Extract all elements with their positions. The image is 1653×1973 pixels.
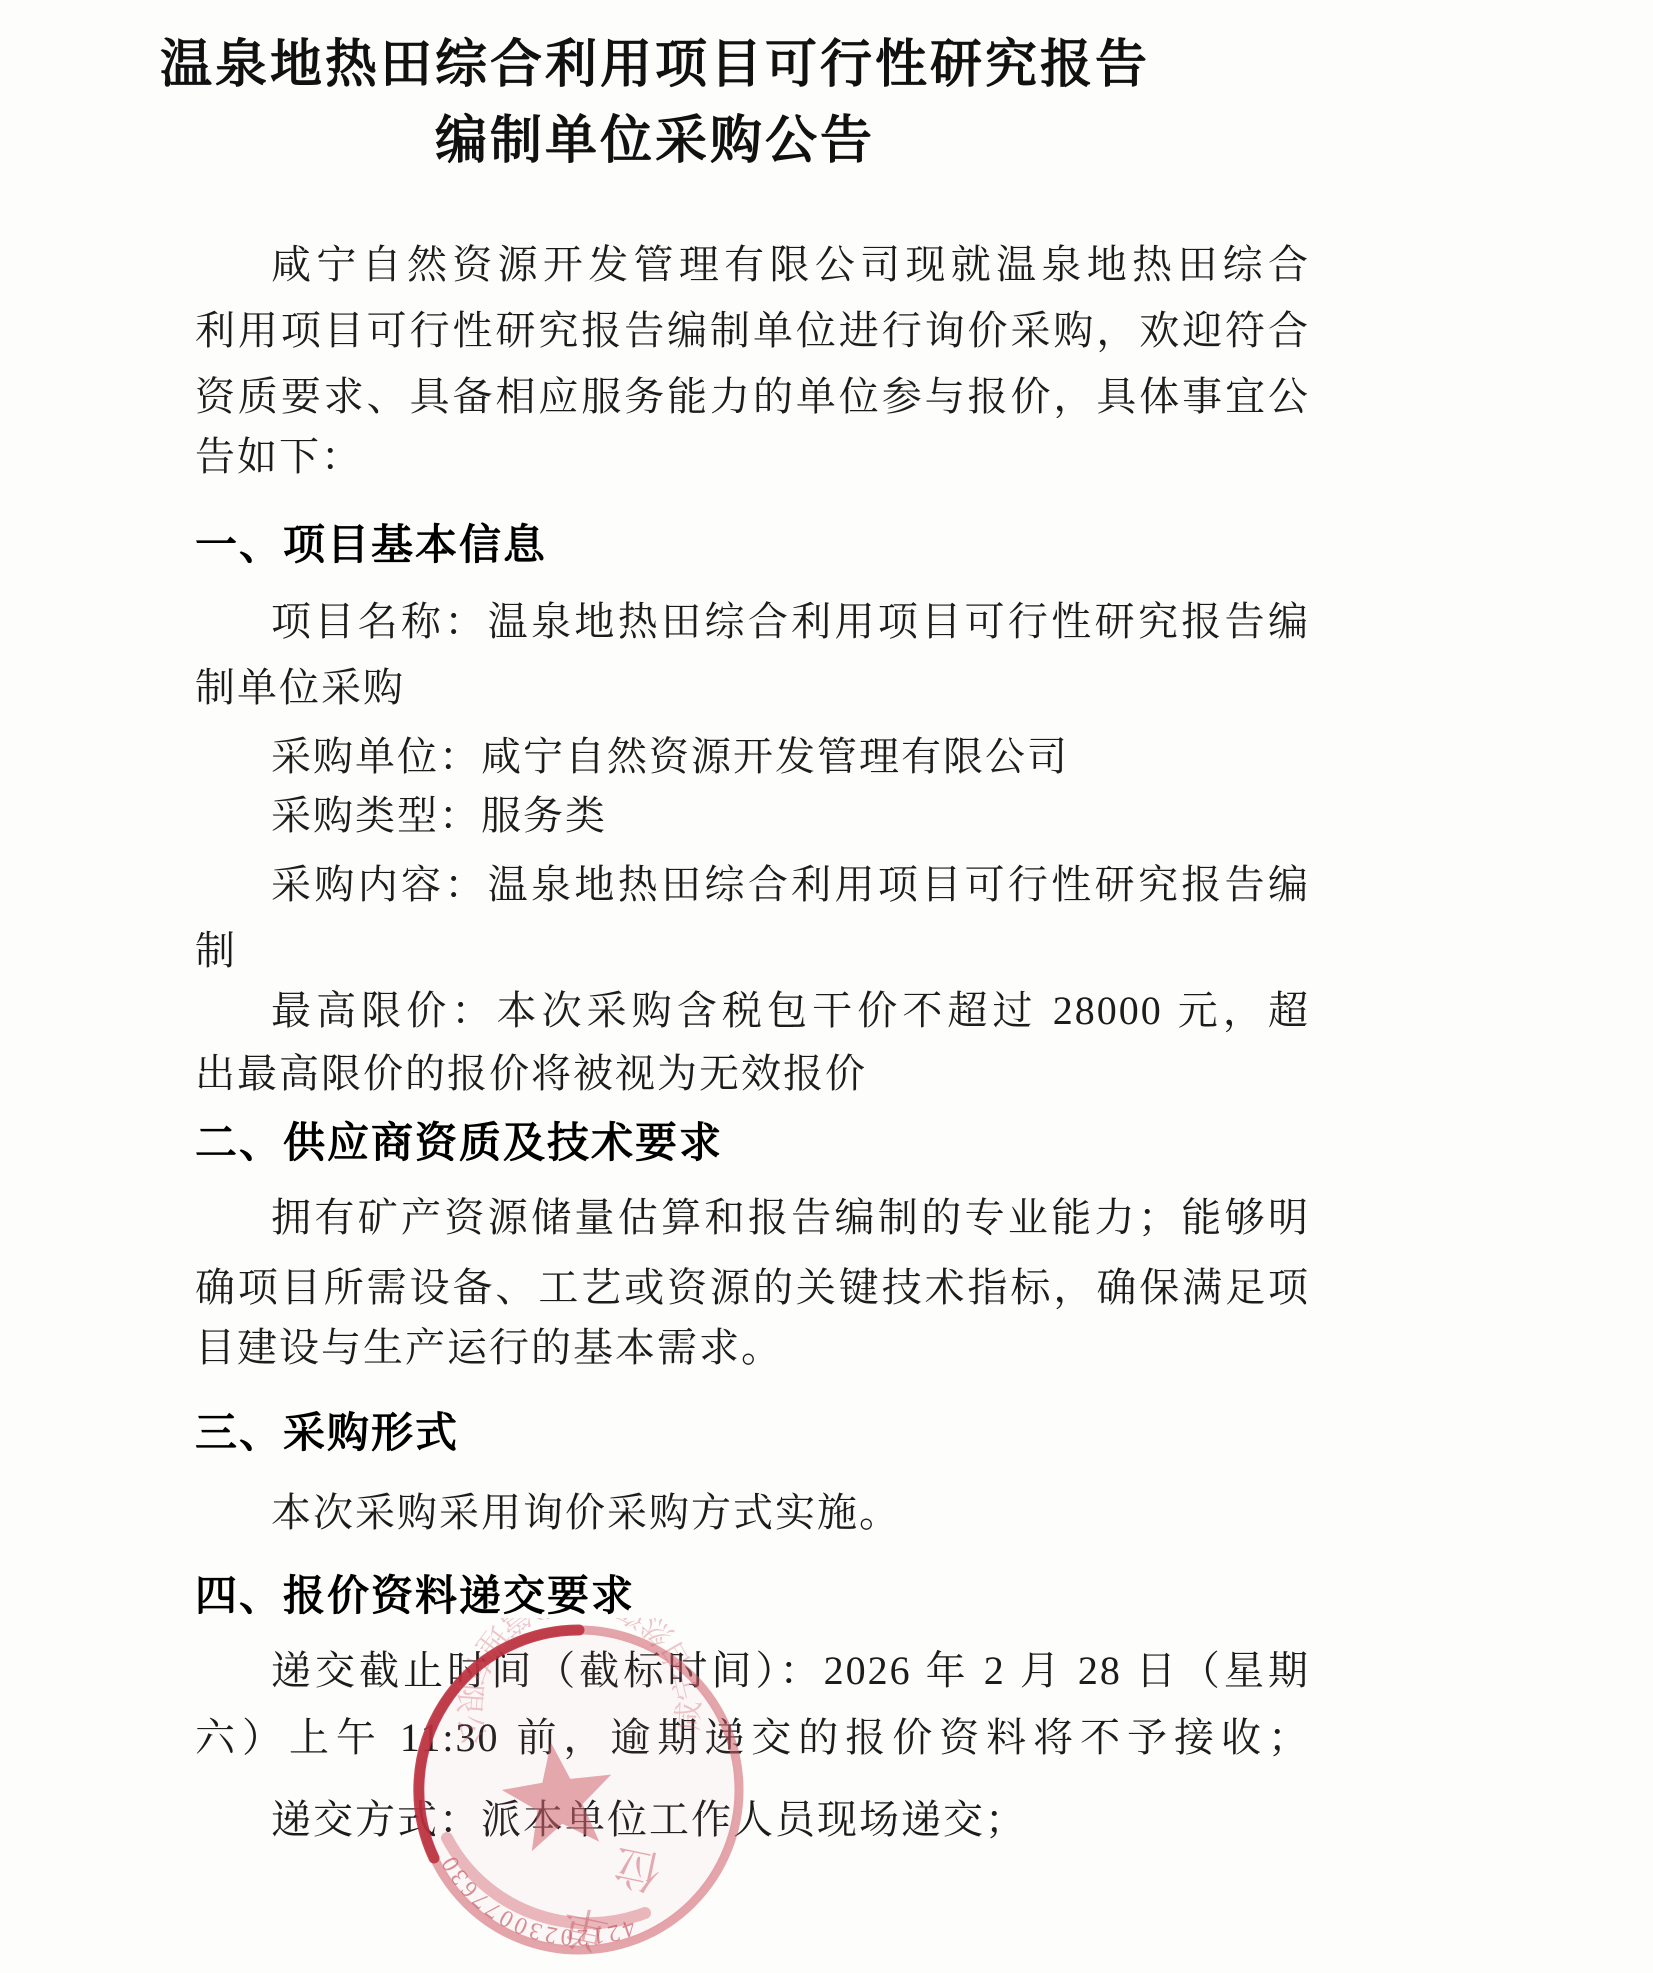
seal-mirrored-char: 单 [557,1899,613,1958]
project-name-line: 项目名称：温泉地热田综合利用项目可行性研究报告编 [195,595,1310,649]
procurement-form-line: 本次采购采用询价采购方式实施。 [195,1486,1310,1540]
qualification-line: 目建设与生产运行的基本需求。 [195,1321,1310,1375]
intro-line: 资质要求、具备相应服务能力的单位参与报价，具体事宜公 [195,370,1310,424]
qualification-line: 拥有矿产资源储量估算和报告编制的专业能力；能够明 [195,1191,1310,1245]
section4-heading: 四、报价资料递交要求 [195,1563,1310,1623]
intro-line: 咸宁自然资源开发管理有限公司现就温泉地热田综合 [195,238,1310,292]
delivery-method-line: 递交方式：派本单位工作人员现场递交； [195,1793,1310,1847]
purchase-type-line: 采购类型：服务类 [195,789,1310,843]
deadline-line: 六）上午 11:30 前，逾期递交的报价资料将不予接收； [195,1711,1310,1765]
intro-line: 利用项目可行性研究报告编制单位进行询价采购，欢迎符合 [195,304,1310,358]
section1-heading: 一、项目基本信息 [195,512,1310,572]
price-limit-line: 最高限价：本次采购含税包干价不超过 28000 元，超 [195,984,1310,1038]
seal-serial-text: 42120230077630 [436,1849,639,1950]
document-page: 温泉地热田综合利用项目可行性研究报告 编制单位采购公告 咸宁自然资源开发管理有限… [0,0,1653,1973]
qualification-line: 确项目所需设备、工艺或资源的关键技术指标，确保满足项 [195,1261,1310,1315]
price-limit-line: 出最高限价的报价将被视为无效报价 [195,1047,1310,1101]
project-name-line: 制单位采购 [195,661,1310,715]
purchase-content-line: 采购内容：温泉地热田综合利用项目可行性研究报告编 [195,858,1310,912]
section3-heading: 三、采购形式 [195,1400,1310,1460]
page-title-line2: 编制单位采购公告 [0,98,1310,173]
deadline-line: 递交截止时间（截标时间）：2026 年 2 月 28 日（星期 [195,1644,1310,1698]
purchase-content-line: 制 [195,924,1310,978]
section2-heading: 二、供应商资质及技术要求 [195,1110,1310,1170]
seal-mirrored-char: 位 [609,1839,665,1898]
seal-ring-light-arc [447,1838,645,1923]
purchasing-unit-line: 采购单位：咸宁自然资源开发管理有限公司 [195,730,1310,784]
page-title-line1: 温泉地热田综合利用项目可行性研究报告 [0,22,1310,97]
intro-line: 告如下： [195,430,1310,484]
